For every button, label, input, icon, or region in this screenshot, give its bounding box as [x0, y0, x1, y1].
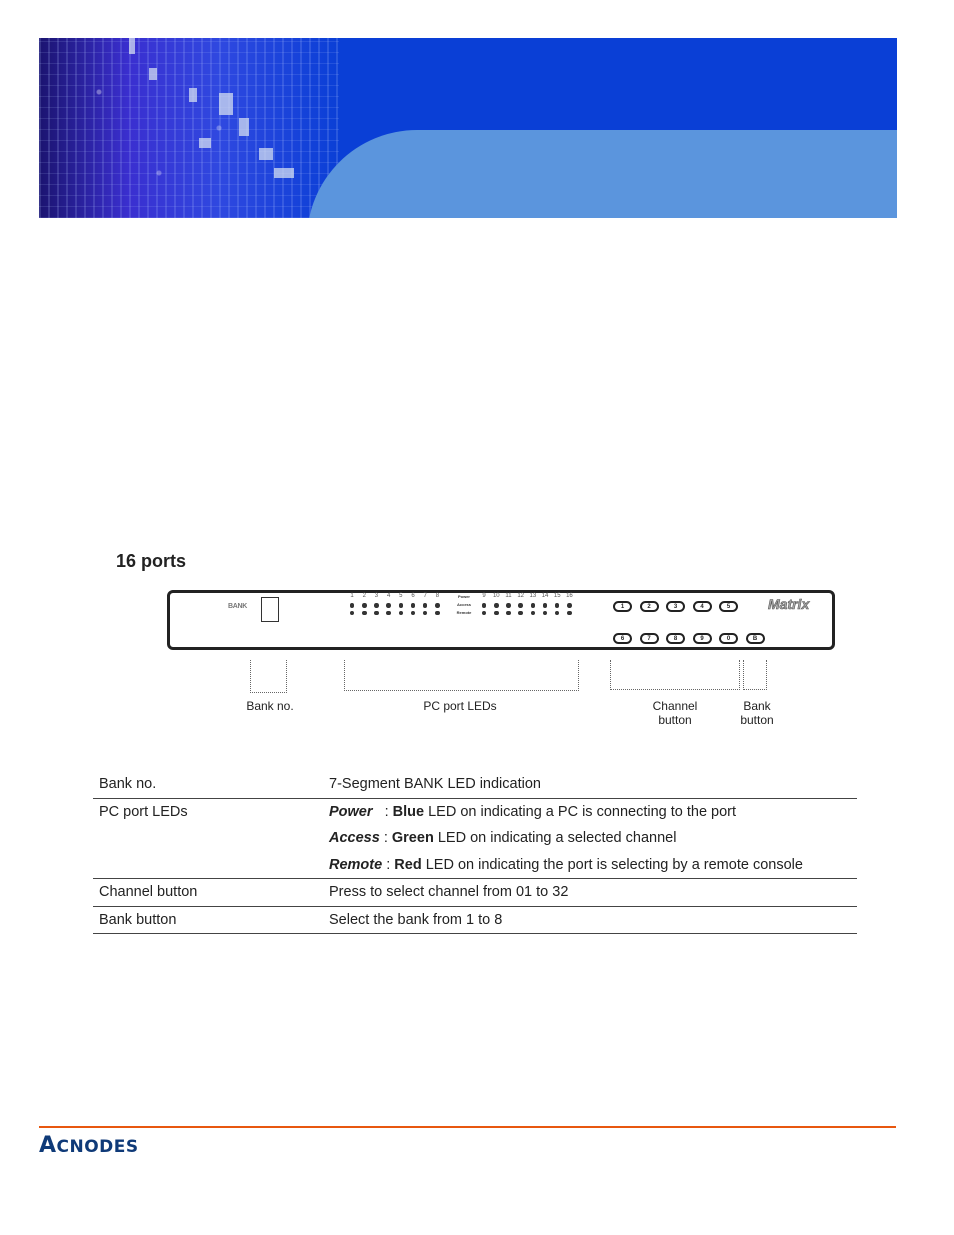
- led-column: 13: [527, 592, 539, 615]
- led-indicator: [350, 603, 355, 608]
- led-port-number: 14: [542, 592, 549, 600]
- channel-button: 2: [640, 601, 659, 612]
- led-indicator: [494, 603, 499, 608]
- led-port-number: 1: [350, 592, 353, 600]
- channel-buttons-bottom: 67890B: [613, 633, 765, 644]
- led-indicator: [482, 611, 487, 616]
- led-indicator: [435, 603, 440, 608]
- table-cell-description: Select the bank from 1 to 8: [323, 906, 857, 934]
- led-indicator: [399, 611, 404, 616]
- table-cell-label: Bank button: [93, 906, 323, 934]
- led-column: 14: [539, 592, 551, 615]
- led-group-left: 12345678: [346, 592, 444, 615]
- led-column: 1: [346, 592, 358, 615]
- led-column: 8: [431, 592, 443, 615]
- channel-button: 3: [666, 601, 685, 612]
- channel-button: 8: [666, 633, 685, 644]
- led-indicator: [435, 611, 440, 616]
- led-port-number: 13: [530, 592, 537, 600]
- channel-button: 7: [640, 633, 659, 644]
- description-text: Press to select channel from 01 to 32: [329, 884, 568, 900]
- led-column: 3: [370, 592, 382, 615]
- callout-pc-port-leds: PC port LEDs: [400, 699, 520, 713]
- led-indicator: [386, 603, 391, 608]
- separator: :: [373, 804, 393, 820]
- led-indicator: [518, 603, 523, 608]
- led-port-number: 2: [363, 592, 366, 600]
- led-indicator: [362, 603, 367, 608]
- led-indicator: [567, 603, 572, 608]
- led-indicator: [543, 603, 548, 608]
- led-indicator: [411, 603, 416, 608]
- led-port-number: 4: [387, 592, 390, 600]
- callout-bank-no: Bank no.: [240, 699, 300, 713]
- led-color: Red: [394, 857, 421, 873]
- led-column: 4: [383, 592, 395, 615]
- description-text: LED on indicating the port is selecting …: [422, 857, 803, 873]
- description-text: LED on indicating a PC is connecting to …: [424, 804, 736, 820]
- led-color: Blue: [393, 804, 424, 820]
- led-indicator: [374, 611, 379, 616]
- led-port-number: 9: [482, 592, 485, 600]
- table-row: Channel buttonPress to select channel fr…: [93, 879, 857, 907]
- led-label-access: Access: [457, 601, 471, 609]
- callout-channel-line1: Channel: [640, 699, 710, 713]
- description-line: 7-Segment BANK LED indication: [329, 771, 857, 798]
- led-indicator: [482, 603, 487, 608]
- circuit-board-image: [39, 38, 339, 218]
- led-column: 9: [478, 592, 490, 615]
- led-indicator: [531, 603, 536, 608]
- led-indicator: [362, 611, 367, 616]
- bracket-channel-button: [610, 660, 740, 690]
- led-column: 12: [515, 592, 527, 615]
- led-port-number: 15: [554, 592, 561, 600]
- table-cell-label: Bank no.: [93, 771, 323, 798]
- callout-channel-button: Channel button: [640, 699, 710, 727]
- description-text: Select the bank from 1 to 8: [329, 912, 502, 928]
- led-port-number: 8: [436, 592, 439, 600]
- channel-button: 6: [613, 633, 632, 644]
- led-indicator: [518, 611, 523, 616]
- channel-button: B: [746, 633, 765, 644]
- logo-rest: CNODES: [57, 1137, 139, 1157]
- channel-buttons-top: 12345: [613, 601, 738, 612]
- description-line: Remote : Red LED on indicating the port …: [329, 852, 857, 879]
- footer-rule: [39, 1126, 896, 1128]
- led-indicator: [494, 611, 499, 616]
- led-column: 5: [395, 592, 407, 615]
- row-label: Channel button: [99, 879, 323, 906]
- acnodes-logo: ACNODES: [39, 1133, 139, 1158]
- led-term: Remote: [329, 857, 382, 873]
- section-title: 16 ports: [116, 551, 186, 572]
- led-label-remote: Remote: [457, 609, 472, 617]
- led-indicator: [423, 603, 428, 608]
- led-indicator: [399, 603, 404, 608]
- logo-first-letter: A: [39, 1133, 57, 1158]
- callout-channel-line2: button: [640, 713, 710, 727]
- led-column: 15: [551, 592, 563, 615]
- led-label-power: Power: [458, 593, 470, 601]
- channel-button: 1: [613, 601, 632, 612]
- led-port-number: 12: [517, 592, 524, 600]
- channel-button: 4: [693, 601, 712, 612]
- led-port-number: 5: [399, 592, 402, 600]
- led-indicator: [506, 603, 511, 608]
- separator: :: [382, 857, 394, 873]
- led-port-number: 16: [566, 592, 573, 600]
- led-indicator: [531, 611, 536, 616]
- description-text: LED on indicating a selected channel: [434, 830, 677, 846]
- led-indicator: [543, 611, 548, 616]
- led-port-number: 10: [493, 592, 500, 600]
- row-label: Bank no.: [99, 771, 323, 798]
- led-indicator: [555, 603, 560, 608]
- bracket-pc-port-leds: [344, 660, 579, 691]
- channel-button: 9: [693, 633, 712, 644]
- table-cell-description: Press to select channel from 01 to 32: [323, 879, 857, 907]
- description-line: Select the bank from 1 to 8: [329, 907, 857, 934]
- led-term: Power: [329, 804, 373, 820]
- led-indicator: [555, 611, 560, 616]
- seven-segment-display: [261, 597, 279, 622]
- channel-button: 0: [719, 633, 738, 644]
- led-port-number: 3: [375, 592, 378, 600]
- led-column: 6: [407, 592, 419, 615]
- led-port-number: 7: [424, 592, 427, 600]
- led-indicator: [567, 611, 572, 616]
- panel-bank-label: BANK: [228, 603, 247, 610]
- led-column: 16: [563, 592, 575, 615]
- banner-wave-shape: [307, 130, 897, 218]
- led-indicator: [411, 611, 416, 616]
- bracket-bank-button: [743, 660, 767, 690]
- row-label: PC port LEDs: [99, 799, 323, 826]
- table-row: Bank no.7-Segment BANK LED indication: [93, 771, 857, 798]
- led-column: 2: [358, 592, 370, 615]
- led-indicator: [506, 611, 511, 616]
- header-banner: [39, 38, 897, 218]
- callout-bank-line2: button: [730, 713, 784, 727]
- table-row: Bank buttonSelect the bank from 1 to 8: [93, 906, 857, 934]
- table-row: PC port LEDsPower : Blue LED on indicati…: [93, 798, 857, 879]
- description-line: Power : Blue LED on indicating a PC is c…: [329, 799, 857, 826]
- table-cell-label: PC port LEDs: [93, 798, 323, 879]
- channel-button: 5: [719, 601, 738, 612]
- callout-bank-button: Bank button: [730, 699, 784, 727]
- led-term: Access: [329, 830, 380, 846]
- led-indicator: [386, 611, 391, 616]
- led-indicator: [350, 611, 355, 616]
- table-cell-description: 7-Segment BANK LED indication: [323, 771, 857, 798]
- led-indicator: [423, 611, 428, 616]
- led-column: 7: [419, 592, 431, 615]
- spec-table: Bank no.7-Segment BANK LED indicationPC …: [93, 771, 857, 934]
- table-cell-label: Channel button: [93, 879, 323, 907]
- bracket-bank-no: [250, 660, 287, 693]
- description-text: 7-Segment BANK LED indication: [329, 776, 541, 792]
- table-cell-description: Power : Blue LED on indicating a PC is c…: [323, 798, 857, 879]
- led-column: 11: [502, 592, 514, 615]
- led-port-number: 11: [505, 592, 511, 600]
- callout-bank-line1: Bank: [730, 699, 784, 713]
- led-indicator: [374, 603, 379, 608]
- description-line: Press to select channel from 01 to 32: [329, 879, 857, 906]
- separator: :: [380, 830, 392, 846]
- led-port-number: 6: [411, 592, 414, 600]
- led-group-right: 910111213141516: [478, 592, 576, 615]
- led-color: Green: [392, 830, 434, 846]
- led-column: 10: [490, 592, 502, 615]
- description-line: Access : Green LED on indicating a selec…: [329, 825, 857, 852]
- row-label: Bank button: [99, 907, 323, 934]
- brand-logo-matrix: Matrix: [768, 596, 809, 612]
